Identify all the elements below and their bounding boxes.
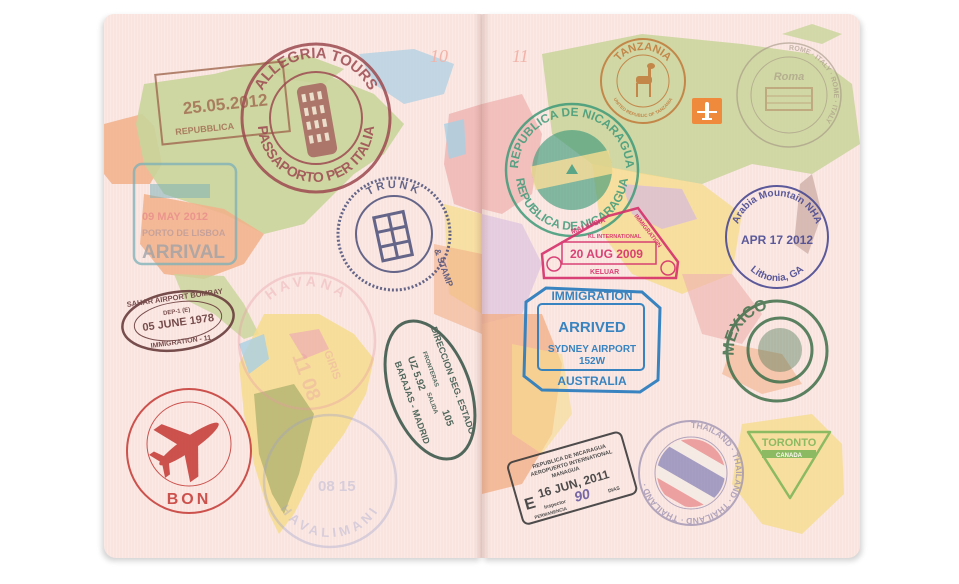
- antelope-icon: [636, 63, 655, 97]
- havana-date: 11 08: [287, 350, 324, 404]
- sydney-bottom: AUSTRALIA: [557, 374, 627, 388]
- sahar-airport-stamp: SAHAR AIRPORT BOMBAY DEP-1 (E) 05 JUNE 1…: [118, 286, 238, 361]
- colosseum-icon: [766, 88, 812, 110]
- mexico-stamp: MEXICO: [722, 296, 832, 411]
- thailand-stamp: THAILAND · THAILAND · THAILAND · THAILAN…: [636, 418, 746, 533]
- passport-page-left: 10 25.05.2012 REPUBBLICA: [104, 14, 482, 558]
- arabia-bottom: Lithonia, GA: [748, 264, 806, 284]
- passport-page-right: 11 TANZANIA UNITED REPUBLIC OF TANZANIA: [482, 14, 860, 558]
- havana-extra: GIRIS: [321, 349, 343, 381]
- rome-ring: ROME · ITALY · ROME · ITALY: [789, 45, 839, 125]
- malaysia-date: 20 AUG 2009: [570, 247, 643, 261]
- madrid-number: 105: [439, 408, 455, 428]
- lisboa-arrival: ARRIVAL: [142, 242, 225, 263]
- managua-days-label: DIAS: [607, 485, 621, 494]
- lima-date: 08 15: [318, 478, 356, 495]
- sydney-immigration-stamp: IMMIGRATION ARRIVED SYDNEY AIRPORT 152W …: [522, 284, 662, 399]
- page-number-left: 10: [430, 46, 448, 67]
- aztec-calendar-icon: [758, 328, 802, 372]
- toronto-top: TORONTO: [762, 437, 817, 449]
- rome-center: Roma: [774, 71, 805, 83]
- barajas-madrid-stamp: DIRECCION SEG. ESTADO FRONTERAS UZ 5.92 …: [382, 312, 482, 477]
- managua-letter: E: [523, 494, 538, 513]
- managua-airport-stamp: REPUBLICA DE NICARAGUA AEROPUERTO INTERN…: [508, 426, 638, 541]
- sydney-top: IMMIGRATION: [551, 289, 632, 303]
- rome-stamp: ROME · ITALY · ROME · ITALY Roma: [734, 40, 844, 155]
- toronto-line2: CANADA: [776, 453, 803, 459]
- sahar-top: SAHAR AIRPORT BOMBAY: [126, 287, 223, 309]
- arabia-top: Arabia Mountain NHA: [730, 188, 823, 225]
- sahar-bottom: IMMIGRATION - 11: [150, 335, 211, 350]
- lisboa-date: 09 MAY 2012: [142, 211, 208, 223]
- sydney-code: 152W: [579, 356, 606, 367]
- lisboa-arrival-stamp: 09 MAY 2012 PORTO DE LISBOA ARRIVAL: [132, 162, 242, 277]
- sydney-airport: SYDNEY AIRPORT: [548, 344, 636, 355]
- svg-text:Lithonia, GA: Lithonia, GA: [748, 264, 806, 284]
- ship-icon: [150, 184, 210, 198]
- havalimani-stamp: 08 15 HAVALIMANI: [252, 419, 402, 558]
- svg-text:Arabia Mountain NHA: Arabia Mountain NHA: [730, 188, 823, 225]
- trunk-icon: [374, 212, 412, 261]
- svg-text:HAVANA: HAVANA: [262, 273, 352, 303]
- airplane-badge-stamp: [692, 98, 722, 124]
- bon-label: BON: [167, 491, 212, 508]
- airplane-icon: [692, 98, 722, 124]
- sydney-arrived: ARRIVED: [558, 319, 626, 336]
- trunk-right-text: & STAMP: [432, 247, 455, 288]
- bon-airplane-stamp: BON: [124, 386, 254, 521]
- page-number-right: 11: [512, 46, 529, 67]
- arabia-mountain-stamp: Arabia Mountain NHA APR 17 2012 Lithonia…: [722, 182, 832, 297]
- managua-days-value: 90: [572, 485, 592, 505]
- malaysia-immigration-stamp: MALAYSIA IMMIGRATION KL INTERNATIONAL 20…: [538, 202, 688, 287]
- passport: 10 25.05.2012 REPUBBLICA: [104, 14, 860, 558]
- arabia-date: APR 17 2012: [741, 233, 813, 247]
- lisboa-port: PORTO DE LISBOA: [142, 228, 226, 238]
- toronto-stamp: TORONTO CANADA: [744, 424, 834, 509]
- havana-top: HAVANA: [262, 273, 352, 303]
- sahar-date: 05 JUNE 1978: [142, 312, 215, 334]
- passport-spine: [474, 14, 490, 558]
- republica-label: REPUBBLICA: [175, 121, 235, 137]
- madrid-salida: SALIDA: [425, 392, 439, 416]
- malaysia-line: KL INTERNATIONAL: [588, 234, 642, 240]
- malaysia-bottom: KELUAR: [590, 269, 619, 276]
- airplane-icon: [139, 397, 237, 492]
- havana-stamp: HAVANA 11 08 GIRIS: [232, 266, 382, 421]
- svg-text:ROME · ITALY · ROME · ITALY: ROME · ITALY · ROME · ITALY: [789, 45, 839, 125]
